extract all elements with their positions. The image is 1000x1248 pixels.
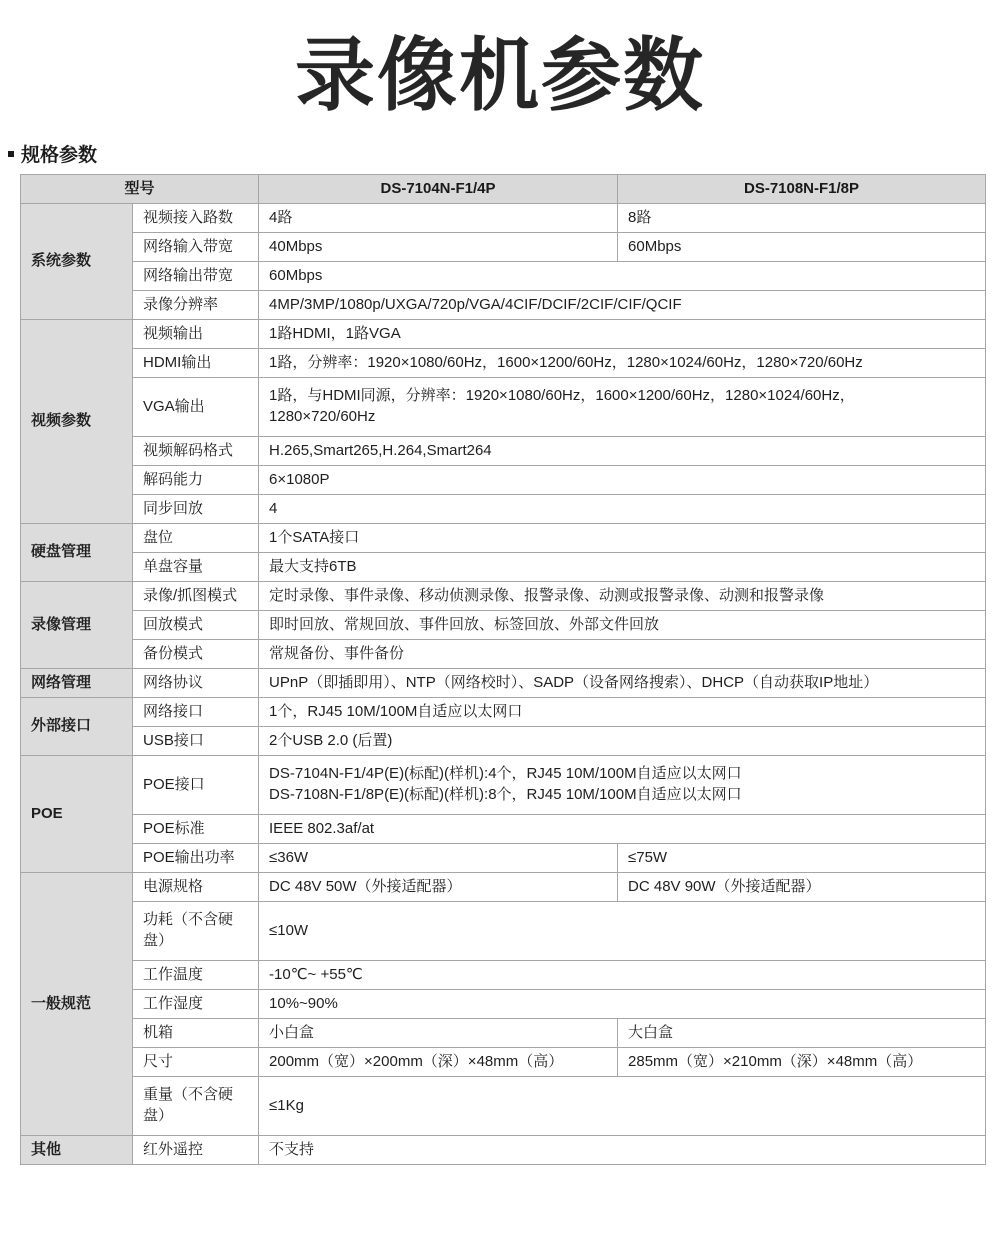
model-a-header: DS-7104N-F1/4P [259, 175, 618, 204]
value-cell: ≤1Kg [259, 1077, 986, 1136]
param-label: 回放模式 [133, 611, 259, 640]
value-cell: 即时回放、常规回放、事件回放、标签回放、外部文件回放 [259, 611, 986, 640]
value-cell: 1路，分辨率：1920×1080/60Hz，1600×1200/60Hz，128… [259, 349, 986, 378]
value-cell: 60Mbps [259, 262, 986, 291]
value-cell: 大白盒 [618, 1019, 986, 1048]
value-cell: 1个，RJ45 10M/100M自适应以太网口 [259, 698, 986, 727]
param-label: 同步回放 [133, 495, 259, 524]
value-cell: 4 [259, 495, 986, 524]
value-cell: 小白盒 [259, 1019, 618, 1048]
table-row: 机箱小白盒大白盒 [21, 1019, 986, 1048]
table-row: 外部接口网络接口1个，RJ45 10M/100M自适应以太网口 [21, 698, 986, 727]
value-cell: 4MP/3MP/1080p/UXGA/720p/VGA/4CIF/DCIF/2C… [259, 291, 986, 320]
spec-table-body: 系统参数视频接入路数4路8路网络输入带宽40Mbps60Mbps网络输出带宽60… [21, 204, 986, 1165]
param-label: 解码能力 [133, 466, 259, 495]
category-cell: 系统参数 [21, 204, 133, 320]
table-row: VGA输出1路，与HDMI同源，分辨率：1920×1080/60Hz，1600×… [21, 378, 986, 437]
value-cell: 定时录像、事件录像、移动侦测录像、报警录像、动测或报警录像、动测和报警录像 [259, 582, 986, 611]
value-cell: H.265,Smart265,H.264,Smart264 [259, 437, 986, 466]
param-label: 网络输出带宽 [133, 262, 259, 291]
value-cell: IEEE 802.3af/at [259, 815, 986, 844]
spec-table: 型号 DS-7104N-F1/4P DS-7108N-F1/8P 系统参数视频接… [20, 174, 986, 1165]
value-cell: -10℃~ +55℃ [259, 961, 986, 990]
table-row: 视频参数视频输出1路HDMI，1路VGA [21, 320, 986, 349]
param-label: 视频输出 [133, 320, 259, 349]
table-row: 工作温度-10℃~ +55℃ [21, 961, 986, 990]
param-label: 尺寸 [133, 1048, 259, 1077]
table-row: 视频解码格式H.265,Smart265,H.264,Smart264 [21, 437, 986, 466]
section-heading: 规格参数 [8, 140, 1000, 167]
table-row: 网络输入带宽40Mbps60Mbps [21, 233, 986, 262]
param-label: 网络协议 [133, 669, 259, 698]
value-cell: ≤75W [618, 844, 986, 873]
bullet-icon [8, 151, 14, 157]
table-row: 回放模式即时回放、常规回放、事件回放、标签回放、外部文件回放 [21, 611, 986, 640]
spec-page: 录像机参数 规格参数 型号 DS-7104N-F1/4P DS-7108N-F1… [0, 26, 1000, 1248]
value-cell: 1个SATA接口 [259, 524, 986, 553]
category-cell: 硬盘管理 [21, 524, 133, 582]
value-cell: 最大支持6TB [259, 553, 986, 582]
category-cell: 网络管理 [21, 669, 133, 698]
value-cell: 40Mbps [259, 233, 618, 262]
param-label: 视频接入路数 [133, 204, 259, 233]
category-cell: POE [21, 756, 133, 873]
value-cell: 2个USB 2.0 (后置) [259, 727, 986, 756]
param-label: HDMI输出 [133, 349, 259, 378]
table-row: 尺寸200mm（宽）×200mm（深）×48mm（高）285mm（宽）×210m… [21, 1048, 986, 1077]
value-cell: 10%~90% [259, 990, 986, 1019]
category-cell: 其他 [21, 1136, 133, 1165]
table-row: 其他红外遥控不支持 [21, 1136, 986, 1165]
category-cell: 录像管理 [21, 582, 133, 669]
value-cell: ≤10W [259, 902, 986, 961]
table-row: 功耗（不含硬盘）≤10W [21, 902, 986, 961]
param-label: 录像/抓图模式 [133, 582, 259, 611]
param-label: 盘位 [133, 524, 259, 553]
table-row: 工作湿度10%~90% [21, 990, 986, 1019]
param-label: 红外遥控 [133, 1136, 259, 1165]
section-heading-label: 规格参数 [21, 140, 97, 167]
param-label: 机箱 [133, 1019, 259, 1048]
table-row: 网络管理网络协议UPnP（即插即用）、NTP（网络校时）、SADP（设备网络搜索… [21, 669, 986, 698]
table-row: 一般规范电源规格DC 48V 50W（外接适配器）DC 48V 90W（外接适配… [21, 873, 986, 902]
param-label: 电源规格 [133, 873, 259, 902]
category-cell: 一般规范 [21, 873, 133, 1136]
value-cell: 6×1080P [259, 466, 986, 495]
value-cell: 1路，与HDMI同源，分辨率：1920×1080/60Hz，1600×1200/… [259, 378, 986, 437]
param-label: 视频解码格式 [133, 437, 259, 466]
value-cell: DC 48V 50W（外接适配器） [259, 873, 618, 902]
model-header-label: 型号 [21, 175, 259, 204]
value-cell: 8路 [618, 204, 986, 233]
value-cell: 200mm（宽）×200mm（深）×48mm（高） [259, 1048, 618, 1077]
category-cell: 视频参数 [21, 320, 133, 524]
value-cell: DC 48V 90W（外接适配器） [618, 873, 986, 902]
table-row: 单盘容量最大支持6TB [21, 553, 986, 582]
param-label: 备份模式 [133, 640, 259, 669]
value-cell: 285mm（宽）×210mm（深）×48mm（高） [618, 1048, 986, 1077]
table-row: POEPOE接口DS-7104N-F1/4P(E)(标配)(样机):4个，RJ4… [21, 756, 986, 815]
value-cell: 1路HDMI，1路VGA [259, 320, 986, 349]
param-label: POE输出功率 [133, 844, 259, 873]
table-row: 备份模式常规备份、事件备份 [21, 640, 986, 669]
param-label: VGA输出 [133, 378, 259, 437]
param-label: 单盘容量 [133, 553, 259, 582]
model-b-header: DS-7108N-F1/8P [618, 175, 986, 204]
value-cell: 常规备份、事件备份 [259, 640, 986, 669]
table-row: POE标准IEEE 802.3af/at [21, 815, 986, 844]
param-label: POE接口 [133, 756, 259, 815]
table-row: USB接口2个USB 2.0 (后置) [21, 727, 986, 756]
param-label: 重量（不含硬盘） [133, 1077, 259, 1136]
param-label: USB接口 [133, 727, 259, 756]
value-cell: UPnP（即插即用）、NTP（网络校时）、SADP（设备网络搜索）、DHCP（自… [259, 669, 986, 698]
table-row: 重量（不含硬盘）≤1Kg [21, 1077, 986, 1136]
value-cell: 不支持 [259, 1136, 986, 1165]
table-row: POE输出功率≤36W≤75W [21, 844, 986, 873]
table-row: 录像管理录像/抓图模式定时录像、事件录像、移动侦测录像、报警录像、动测或报警录像… [21, 582, 986, 611]
page-title: 录像机参数 [0, 26, 1000, 126]
spec-table-header: 型号 DS-7104N-F1/4P DS-7108N-F1/8P [21, 175, 986, 204]
param-label: POE标准 [133, 815, 259, 844]
value-cell: ≤36W [259, 844, 618, 873]
param-label: 网络输入带宽 [133, 233, 259, 262]
value-cell: DS-7104N-F1/4P(E)(标配)(样机):4个，RJ45 10M/10… [259, 756, 986, 815]
table-row: 系统参数视频接入路数4路8路 [21, 204, 986, 233]
category-cell: 外部接口 [21, 698, 133, 756]
table-row: 解码能力6×1080P [21, 466, 986, 495]
param-label: 网络接口 [133, 698, 259, 727]
table-row: 同步回放4 [21, 495, 986, 524]
table-row: 硬盘管理盘位1个SATA接口 [21, 524, 986, 553]
table-row: 网络输出带宽60Mbps [21, 262, 986, 291]
param-label: 录像分辨率 [133, 291, 259, 320]
table-row: HDMI输出1路，分辨率：1920×1080/60Hz，1600×1200/60… [21, 349, 986, 378]
param-label: 工作温度 [133, 961, 259, 990]
header-row: 型号 DS-7104N-F1/4P DS-7108N-F1/8P [21, 175, 986, 204]
value-cell: 4路 [259, 204, 618, 233]
value-cell: 60Mbps [618, 233, 986, 262]
param-label: 功耗（不含硬盘） [133, 902, 259, 961]
table-row: 录像分辨率4MP/3MP/1080p/UXGA/720p/VGA/4CIF/DC… [21, 291, 986, 320]
param-label: 工作湿度 [133, 990, 259, 1019]
